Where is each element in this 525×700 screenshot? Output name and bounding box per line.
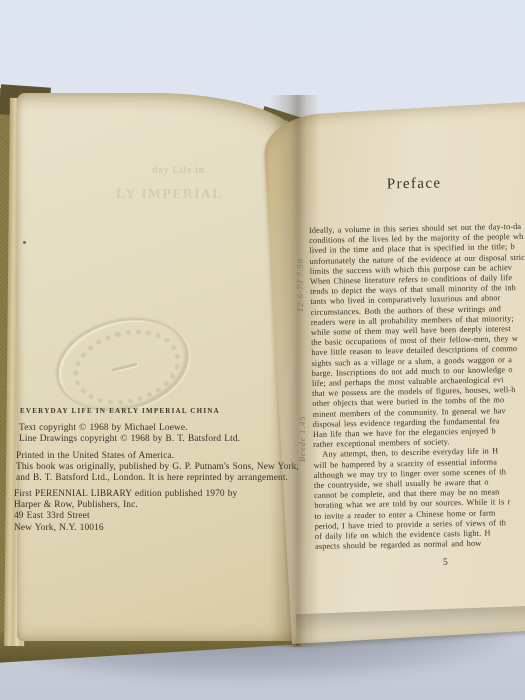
copyright-block: Text copyright © 1968 by Michael Loewe.L… xyxy=(19,423,240,445)
page-number: 5 xyxy=(443,558,448,568)
text-line: and B. T. Batsford Ltd., London. It is h… xyxy=(16,473,299,484)
text-line: This book was originally, published by G… xyxy=(16,462,299,473)
text-line: 49 East 33rd Street xyxy=(14,511,237,522)
preface-paragraph-2: Any attempt, then, to describe everyday … xyxy=(313,446,525,552)
preface-paragraph-1: Ideally, a volume in this series should … xyxy=(309,222,525,451)
text-line: Line Drawings copyright © 1968 by B. T. … xyxy=(19,434,240,445)
text-line: Text copyright © 1968 by Michael Loewe. xyxy=(19,423,240,434)
pencil-margin-note-upper: 12-6-73 7.50 xyxy=(295,258,305,312)
series-title: EVERYDAY LIFE IN EARLY IMPERIAL CHINA xyxy=(20,407,220,415)
text-line: First PERENNIAL LIBRARY edition publishe… xyxy=(14,489,237,500)
preface-text-block: Preface Ideally, a volume in this series… xyxy=(308,174,525,553)
open-book-photo: day Life in LY IMPERIAL EVERYDAY LIFE IN… xyxy=(0,0,525,700)
text-line: Harper & Row, Publishers, Inc. xyxy=(14,500,237,511)
preface-heading: Preface xyxy=(308,174,520,195)
edition-block: First PERENNIAL LIBRARY edition publishe… xyxy=(14,489,237,534)
text-line: New York, N.Y. 10016 xyxy=(14,523,237,534)
text-line: Printed in the United States of America. xyxy=(16,451,299,462)
paper-speck xyxy=(23,241,26,244)
printing-block: Printed in the United States of America.… xyxy=(16,451,299,485)
pencil-margin-note-lower: Bende 1.45 xyxy=(297,416,307,462)
